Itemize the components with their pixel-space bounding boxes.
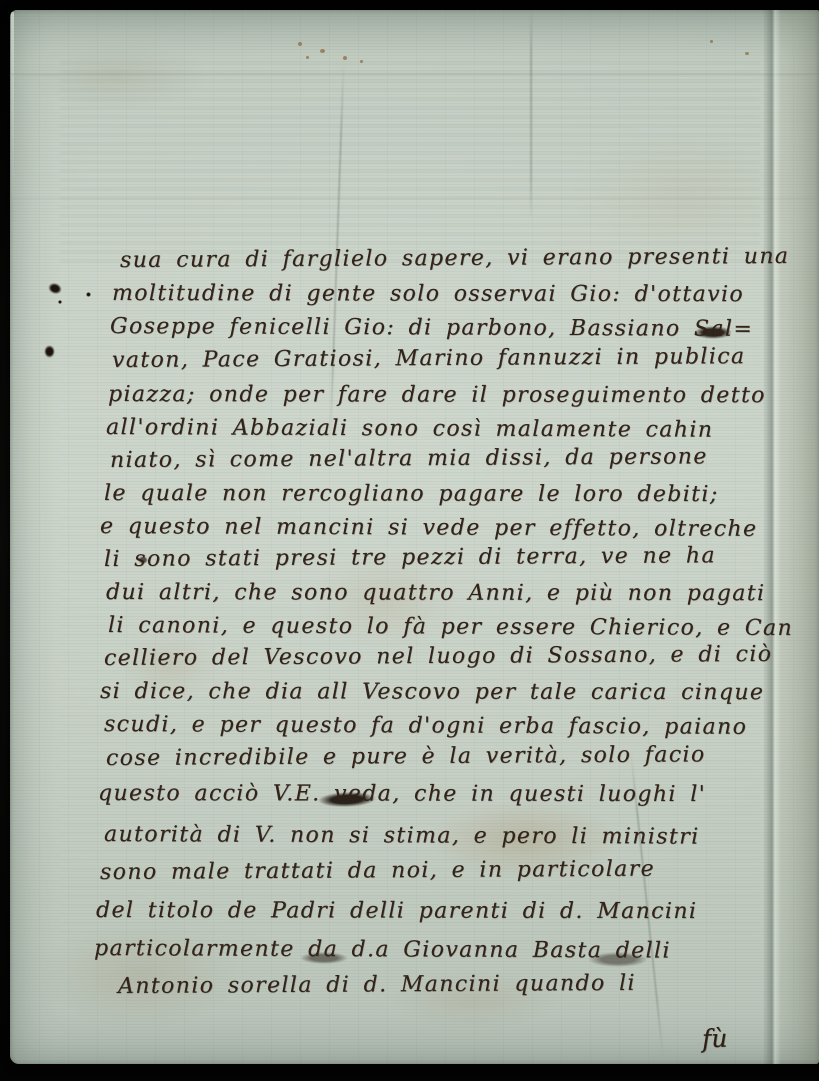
- foxing-speck: [320, 49, 325, 53]
- manuscript-line: autorità di V. non si stima, e pero li m…: [104, 822, 700, 850]
- manuscript-line: scudi, e per questo fa d'ogni erba fasci…: [104, 712, 747, 740]
- vertical-crease-center: [530, 10, 532, 220]
- manuscript-line: del titolo de Padri delli parenti di d. …: [96, 898, 697, 924]
- manuscript-line: le quale non rercogliano pagare le loro …: [104, 481, 719, 507]
- manuscript-line: sua cura di farglielo sapere, vi erano p…: [120, 244, 790, 273]
- manuscript-line: si dice, che dia all Vescovo per tale ca…: [100, 679, 764, 705]
- manuscript-line: Antonio sorella di d. Mancini quando li: [118, 971, 636, 999]
- foxing-speck: [710, 40, 713, 43]
- stain-middle: [310, 550, 460, 650]
- vertical-crease-bottom: [630, 751, 664, 1060]
- manuscript-page: sua cura di farglielo sapere, vi erano p…: [10, 10, 819, 1064]
- stain-top-left: [20, 40, 210, 110]
- manuscript-line: niato, sì come nel'altra mia dissi, da p…: [110, 444, 708, 473]
- foxing-speck: [745, 52, 749, 55]
- stain-center-right: [430, 800, 620, 880]
- manuscript-line: questo acciò V.E. veda, che in questi lu…: [98, 781, 706, 807]
- manuscript-line: particolarmente da d.a Giovanna Basta de…: [94, 936, 671, 964]
- manuscript-line: li canoni, e questo lo fà per essere Chi…: [108, 613, 793, 641]
- stain-top-right: [570, 130, 800, 260]
- manuscript-line: cose incredibile e pure è la verità, sol…: [106, 742, 706, 771]
- ink-smudge-bottom-right: [588, 952, 648, 967]
- manuscript-line: Goseppe fenicelli Gio: di parbono, Bassi…: [110, 314, 753, 342]
- ink-showthrough-body: [60, 310, 760, 950]
- paper-texture: [10, 10, 819, 1064]
- manuscript-line: moltitudine di gente solo osservai Gio: …: [112, 281, 744, 307]
- manuscript-line: all'ordini Abbaziali sono così malamente…: [106, 415, 713, 443]
- manuscript-line: vaton, Pace Gratiosi, Marino fannuzzi in…: [112, 344, 746, 373]
- ink-strikethrough-word: [318, 791, 376, 808]
- manuscript-line: sono male trattati da noi, e in particol…: [100, 857, 655, 885]
- horizontal-crease-faint: [10, 198, 819, 200]
- manuscript-line: e questo nel mancini si vede per effetto…: [100, 514, 758, 542]
- photo-background: sua cura di farglielo sapere, vi erano p…: [0, 0, 819, 1081]
- foxing-speck: [360, 60, 363, 63]
- stain-bottom-left: [40, 920, 240, 1030]
- stain-left: [120, 630, 220, 700]
- horizontal-crease-top: [10, 74, 819, 76]
- ink-showthrough-top: [60, 62, 760, 262]
- ink-speck-margin: [86, 292, 91, 297]
- manuscript-line: celliero del Vescovo nel luogo di Sossan…: [104, 642, 773, 671]
- catchword: fù: [702, 1024, 728, 1054]
- ink-speck-margin: [58, 300, 62, 304]
- foxing-speck: [343, 56, 347, 60]
- manuscript-line: piazza; onde per fare dare il proseguime…: [108, 382, 766, 408]
- manuscript-line: li sono stati presi tre pezzi di terra, …: [104, 543, 716, 572]
- ink-smudge-line3: [694, 326, 732, 339]
- ink-speck-body: [138, 556, 148, 564]
- manuscript-text: sua cura di farglielo sapere, vi erano p…: [10, 10, 819, 1064]
- foxing-speck: [298, 42, 302, 46]
- ink-blot-margin-lower: [44, 345, 55, 358]
- right-fold-edge: [763, 10, 819, 1064]
- stain-bottom-center: [390, 970, 560, 1030]
- ink-smudge-bottom-left: [300, 952, 348, 964]
- manuscript-line: dui altri, che sono quattro Anni, e più …: [106, 580, 766, 606]
- foxing-speck: [306, 56, 309, 59]
- ink-blot-margin-upper: [47, 281, 64, 296]
- vertical-crease-left: [329, 60, 344, 440]
